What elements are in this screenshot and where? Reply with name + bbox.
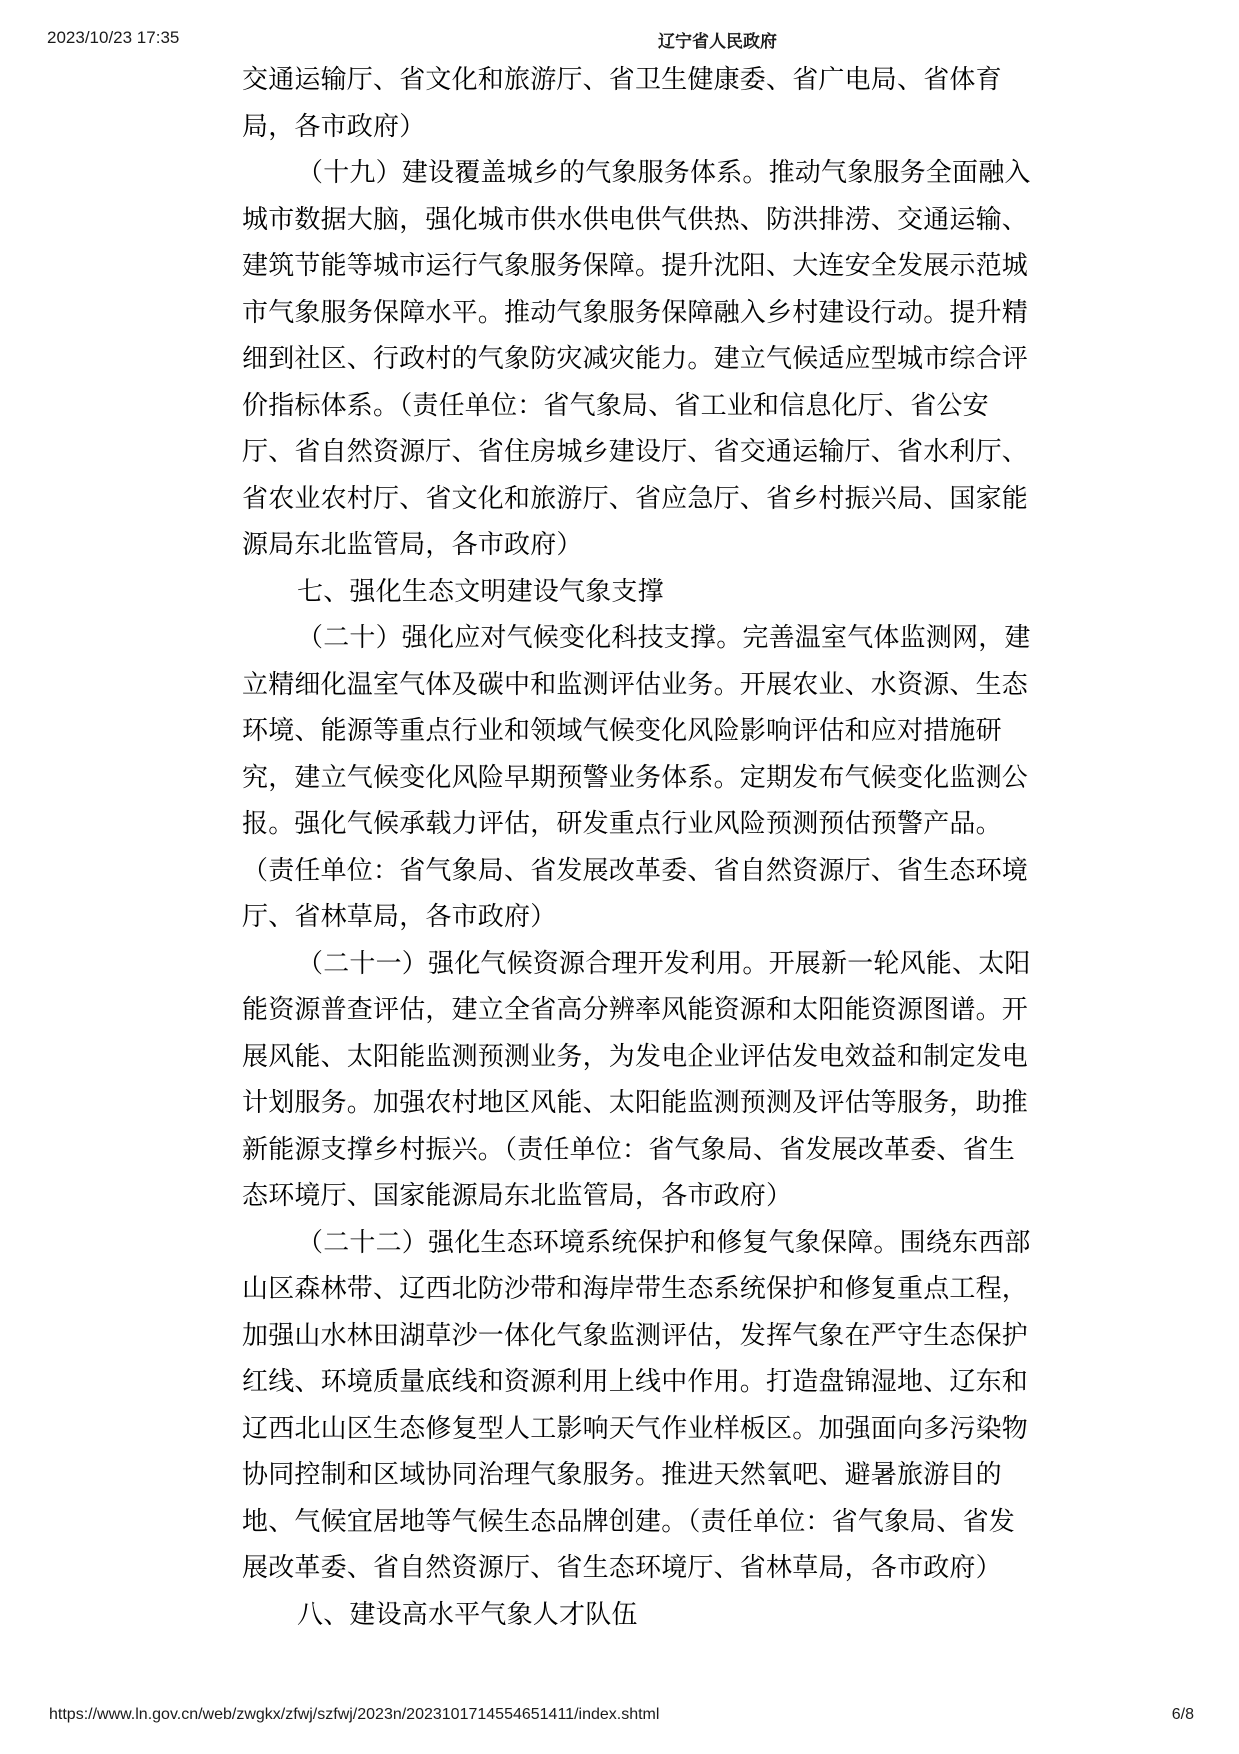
print-footer-url: https://www.ln.gov.cn/web/zwgkx/zfwj/szf… [49, 1706, 659, 1724]
document-line: 细到社区、行政村的气象防灾减灾能力。建立气候适应型城市综合评 [242, 336, 1032, 383]
document-line: 厅、省林草局，各市政府） [242, 894, 1032, 941]
document-line: 报。强化气候承载力评估，研发重点行业风险预测预估预警产品。 [242, 801, 1032, 848]
document-line: 山区森林带、辽西北防沙带和海岸带生态系统保护和修复重点工程， [242, 1266, 1032, 1313]
document-line: 源局东北监管局，各市政府） [242, 522, 1032, 569]
page-indicator: 6/8 [1172, 1706, 1194, 1724]
document-line: 厅、省自然资源厅、省住房城乡建设厅、省交通运输厅、省水利厅、 [242, 429, 1032, 476]
document-line: （二十一）强化气候资源合理开发利用。开展新一轮风能、太阳 [242, 941, 1032, 988]
document-line: 局，各市政府） [242, 104, 1032, 151]
document-line: 立精细化温室气体及碳中和监测评估业务。开展农业、水资源、生态 [242, 662, 1032, 709]
document-line: 辽西北山区生态修复型人工影响天气作业样板区。加强面向多污染物 [242, 1406, 1032, 1453]
document-line: 展风能、太阳能监测预测业务，为发电企业评估发电效益和制定发电 [242, 1034, 1032, 1081]
document-line: 展改革委、省自然资源厅、省生态环境厅、省林草局，各市政府） [242, 1545, 1032, 1592]
document-line: （责任单位：省气象局、省发展改革委、省自然资源厅、省生态环境 [242, 848, 1032, 895]
document-line: 新能源支撑乡村振兴。（责任单位：省气象局、省发展改革委、省生 [242, 1127, 1032, 1174]
page-title: 辽宁省人民政府 [658, 27, 777, 52]
document-line: 价指标体系。（责任单位：省气象局、省工业和信息化厅、省公安 [242, 383, 1032, 430]
document-line: 城市数据大脑，强化城市供水供电供气供热、防洪排涝、交通运输、 [242, 197, 1032, 244]
document-line: 环境、能源等重点行业和领域气候变化风险影响评估和应对措施研 [242, 708, 1032, 755]
document-line: 态环境厅、国家能源局东北监管局，各市政府） [242, 1173, 1032, 1220]
document-line: 计划服务。加强农村地区风能、太阳能监测预测及评估等服务，助推 [242, 1080, 1032, 1127]
document-body: 交通运输厅、省文化和旅游厅、省卫生健康委、省广电局、省体育局，各市政府）（十九）… [242, 57, 1032, 1638]
document-line: 交通运输厅、省文化和旅游厅、省卫生健康委、省广电局、省体育 [242, 57, 1032, 104]
document-line: 市气象服务保障水平。推动气象服务保障融入乡村建设行动。提升精 [242, 290, 1032, 337]
document-line: 究，建立气候变化风险早期预警业务体系。定期发布气候变化监测公 [242, 755, 1032, 802]
document-line: （二十）强化应对气候变化科技支撑。完善温室气体监测网，建 [242, 615, 1032, 662]
document-line: 七、强化生态文明建设气象支撑 [242, 569, 1032, 616]
document-line: 省农业农村厅、省文化和旅游厅、省应急厅、省乡村振兴局、国家能 [242, 476, 1032, 523]
document-line: 加强山水林田湖草沙一体化气象监测评估，发挥气象在严守生态保护 [242, 1313, 1032, 1360]
document-line: 能资源普查评估，建立全省高分辨率风能资源和太阳能资源图谱。开 [242, 987, 1032, 1034]
print-header-timestamp: 2023/10/23 17:35 [47, 28, 179, 48]
document-line: 建筑节能等城市运行气象服务保障。提升沈阳、大连安全发展示范城 [242, 243, 1032, 290]
document-line: 八、建设高水平气象人才队伍 [242, 1592, 1032, 1639]
document-line: （二十二）强化生态环境系统保护和修复气象保障。围绕东西部 [242, 1220, 1032, 1267]
document-line: 红线、环境质量底线和资源利用上线中作用。打造盘锦湿地、辽东和 [242, 1359, 1032, 1406]
document-line: （十九）建设覆盖城乡的气象服务体系。推动气象服务全面融入 [242, 150, 1032, 197]
document-line: 协同控制和区域协同治理气象服务。推进天然氧吧、避暑旅游目的 [242, 1452, 1032, 1499]
document-line: 地、气候宜居地等气候生态品牌创建。（责任单位：省气象局、省发 [242, 1499, 1032, 1546]
printed-document-page: 2023/10/23 17:35 辽宁省人民政府 交通运输厅、省文化和旅游厅、省… [0, 0, 1239, 1754]
